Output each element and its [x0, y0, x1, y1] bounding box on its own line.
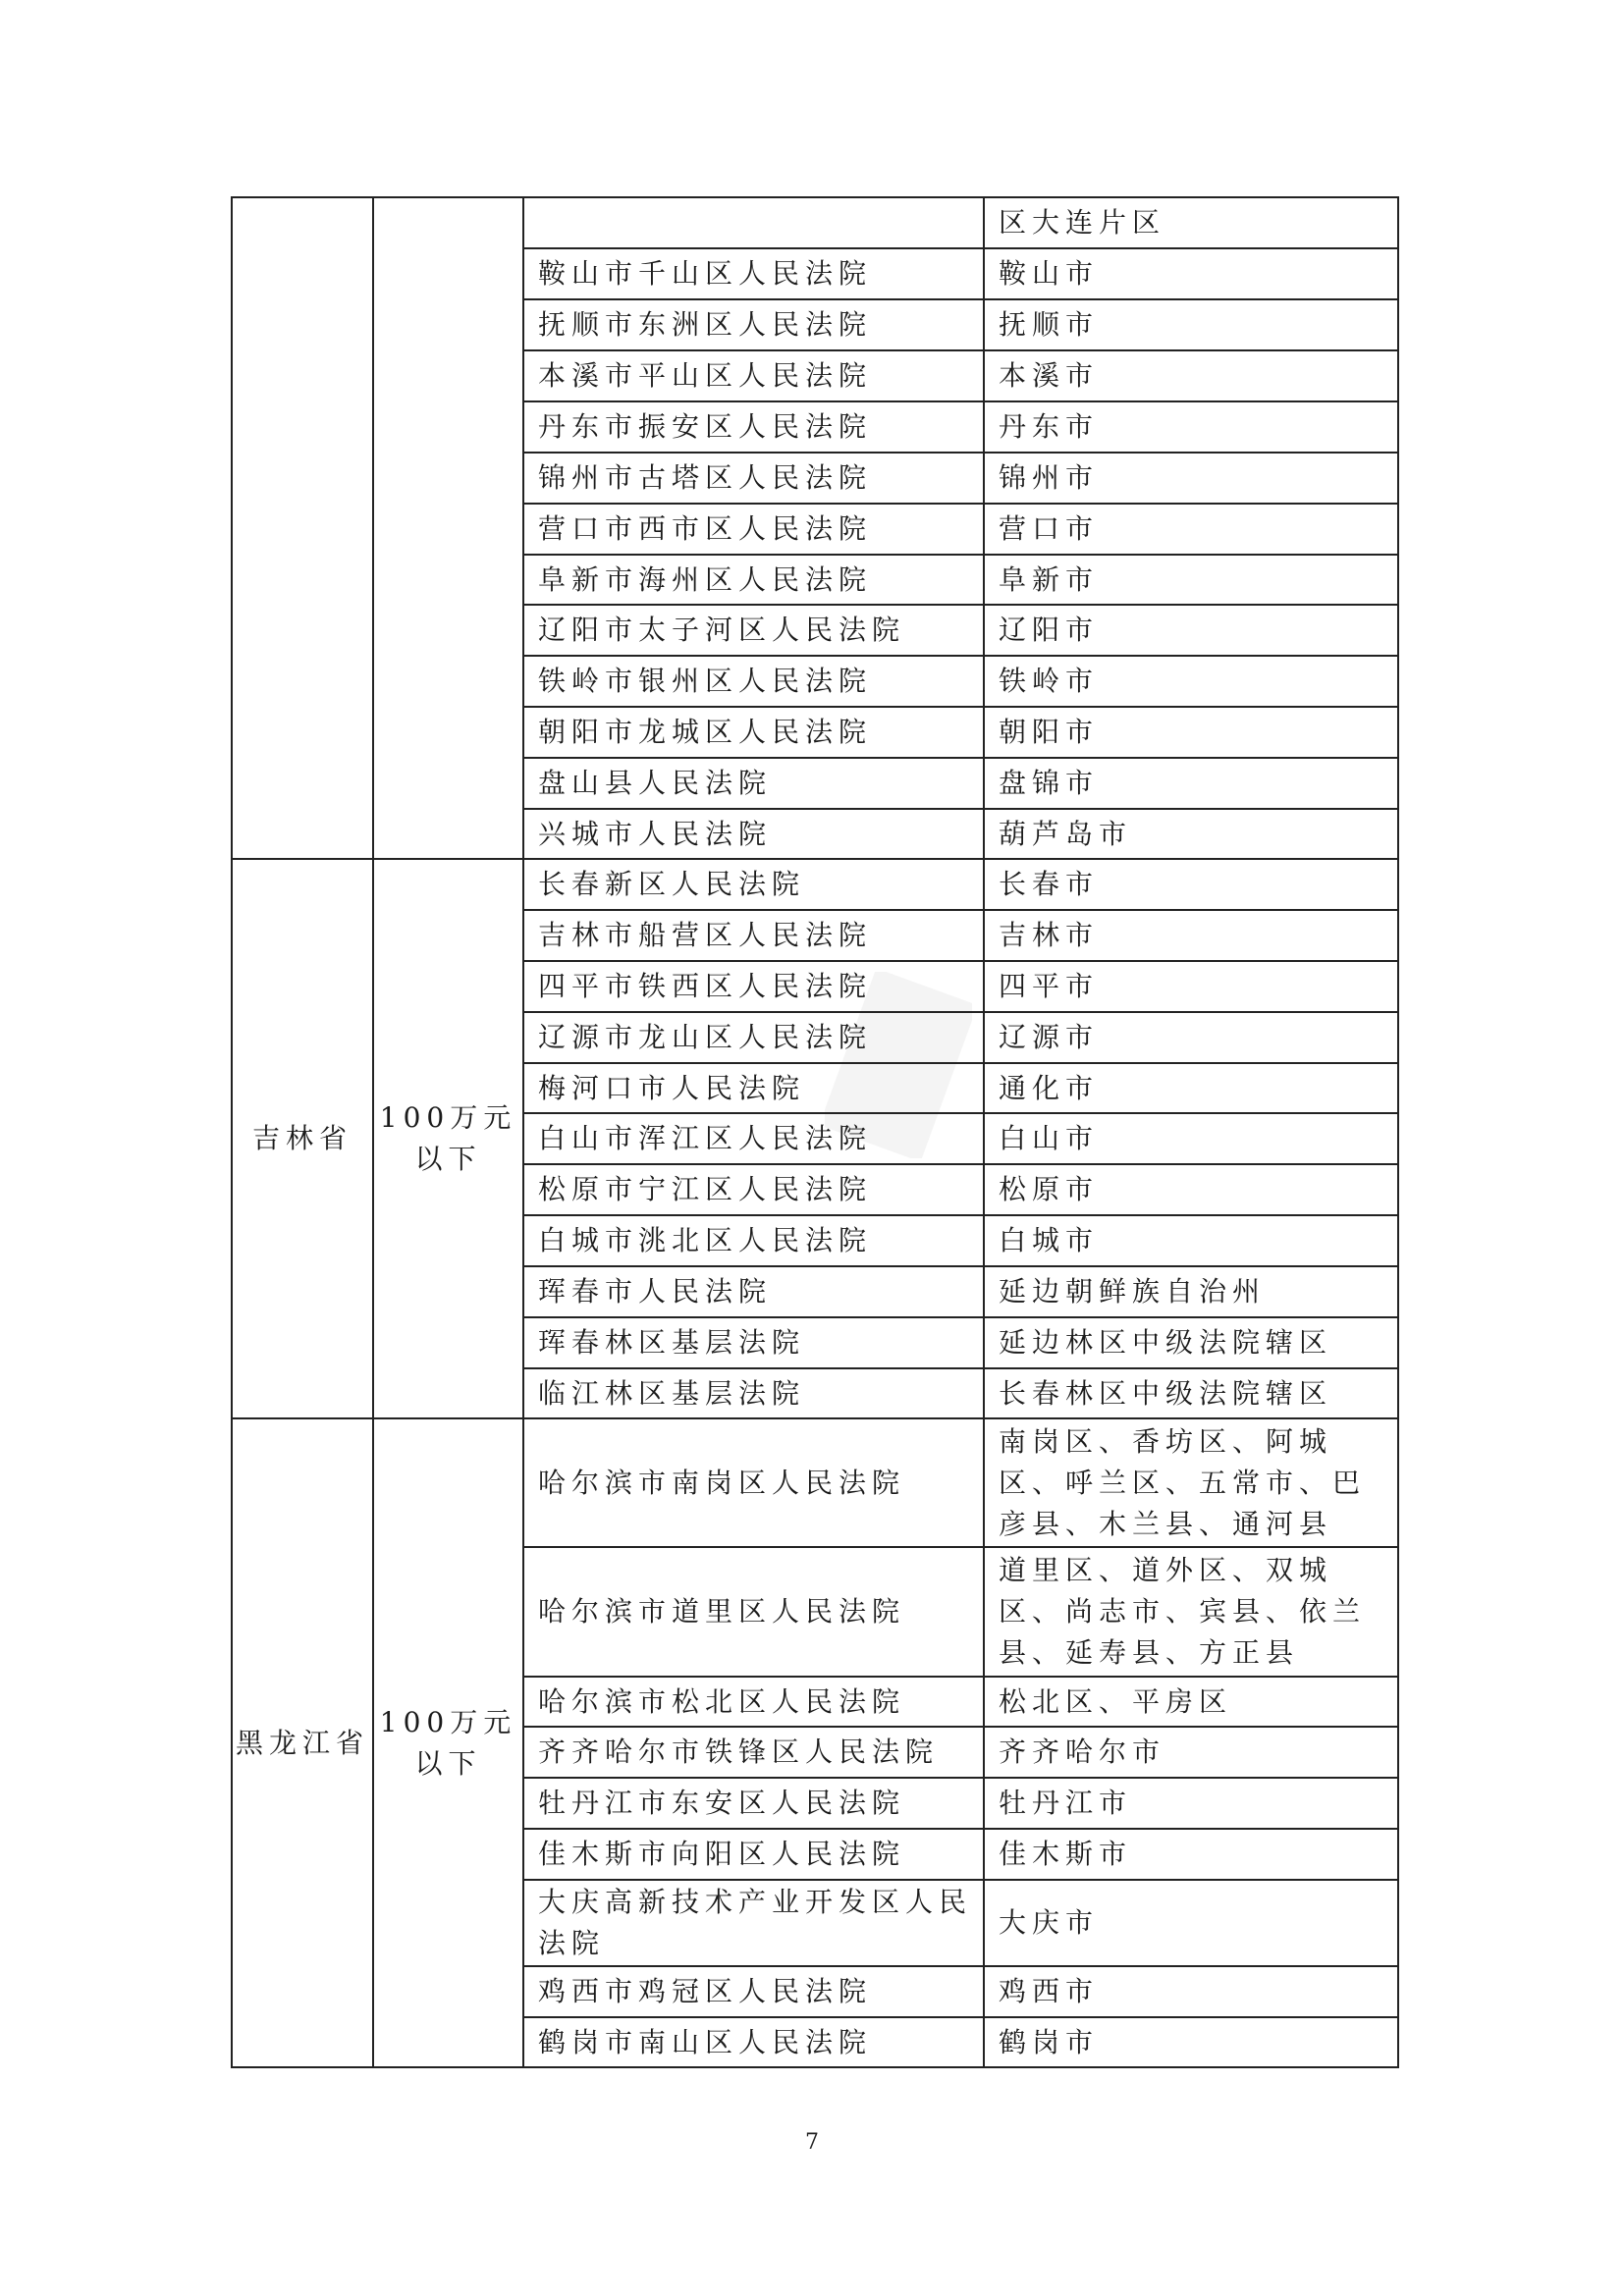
jurisdiction-area-cell: 白山市 — [984, 1113, 1398, 1164]
jurisdiction-area-cell: 通化市 — [984, 1063, 1398, 1113]
jurisdiction-area-cell: 本溪市 — [984, 350, 1398, 401]
jurisdiction-area-cell: 丹东市 — [984, 401, 1398, 453]
court-name-cell: 铁岭市银州区人民法院 — [523, 656, 984, 707]
document-page: 区大连片区鞍山市千山区人民法院鞍山市抚顺市东洲区人民法院抚顺市本溪市平山区人民法… — [0, 0, 1624, 2296]
court-jurisdiction-table: 区大连片区鞍山市千山区人民法院鞍山市抚顺市东洲区人民法院抚顺市本溪市平山区人民法… — [231, 196, 1399, 2068]
jurisdiction-area-cell: 四平市 — [984, 961, 1398, 1012]
amount-threshold-cell: 100万元以下 — [373, 1418, 523, 2067]
court-name-cell: 珲春市人民法院 — [523, 1266, 984, 1317]
court-name-cell: 辽阳市太子河区人民法院 — [523, 605, 984, 656]
jurisdiction-area-cell: 区大连片区 — [984, 197, 1398, 248]
court-name-cell: 松原市宁江区人民法院 — [523, 1164, 984, 1215]
court-name-cell: 丹东市振安区人民法院 — [523, 401, 984, 453]
jurisdiction-area-cell: 辽阳市 — [984, 605, 1398, 656]
jurisdiction-area-cell: 延边林区中级法院辖区 — [984, 1317, 1398, 1368]
court-name-cell: 大庆高新技术产业开发区人民法院 — [523, 1880, 984, 1966]
court-name-cell: 辽源市龙山区人民法院 — [523, 1012, 984, 1063]
jurisdiction-area-cell: 长春市 — [984, 859, 1398, 910]
court-name-cell — [523, 197, 984, 248]
court-name-cell: 哈尔滨市南岗区人民法院 — [523, 1418, 984, 1547]
jurisdiction-area-cell: 葫芦岛市 — [984, 809, 1398, 859]
jurisdiction-area-cell: 松北区、平房区 — [984, 1677, 1398, 1727]
jurisdiction-area-cell: 铁岭市 — [984, 656, 1398, 707]
jurisdiction-area-cell: 阜新市 — [984, 555, 1398, 605]
court-name-cell: 梅河口市人民法院 — [523, 1063, 984, 1113]
jurisdiction-area-cell: 齐齐哈尔市 — [984, 1727, 1398, 1778]
court-name-cell: 锦州市古塔区人民法院 — [523, 453, 984, 504]
court-name-cell: 兴城市人民法院 — [523, 809, 984, 859]
court-name-cell: 盘山县人民法院 — [523, 758, 984, 809]
court-name-cell: 鞍山市千山区人民法院 — [523, 248, 984, 299]
jurisdiction-area-cell: 抚顺市 — [984, 299, 1398, 350]
amount-threshold-cell — [373, 197, 523, 859]
jurisdiction-area-cell: 辽源市 — [984, 1012, 1398, 1063]
jurisdiction-area-cell: 朝阳市 — [984, 707, 1398, 758]
table-row: 区大连片区 — [232, 197, 1398, 248]
table-body: 区大连片区鞍山市千山区人民法院鞍山市抚顺市东洲区人民法院抚顺市本溪市平山区人民法… — [232, 197, 1398, 2067]
province-cell — [232, 197, 373, 859]
province-cell: 吉林省 — [232, 859, 373, 1418]
court-name-cell: 抚顺市东洲区人民法院 — [523, 299, 984, 350]
jurisdiction-area-cell: 营口市 — [984, 504, 1398, 555]
court-name-cell: 四平市铁西区人民法院 — [523, 961, 984, 1012]
jurisdiction-area-cell: 松原市 — [984, 1164, 1398, 1215]
jurisdiction-area-cell: 锦州市 — [984, 453, 1398, 504]
table-row: 吉林省100万元以下长春新区人民法院长春市 — [232, 859, 1398, 910]
court-name-cell: 哈尔滨市道里区人民法院 — [523, 1547, 984, 1677]
jurisdiction-area-cell: 长春林区中级法院辖区 — [984, 1368, 1398, 1418]
court-name-cell: 营口市西市区人民法院 — [523, 504, 984, 555]
jurisdiction-area-cell: 盘锦市 — [984, 758, 1398, 809]
jurisdiction-area-cell: 南岗区、香坊区、阿城区、呼兰区、五常市、巴彦县、木兰县、通河县 — [984, 1418, 1398, 1547]
jurisdiction-area-cell: 白城市 — [984, 1215, 1398, 1266]
court-name-cell: 哈尔滨市松北区人民法院 — [523, 1677, 984, 1727]
jurisdiction-area-cell: 延边朝鲜族自治州 — [984, 1266, 1398, 1317]
jurisdiction-area-cell: 鞍山市 — [984, 248, 1398, 299]
court-name-cell: 珲春林区基层法院 — [523, 1317, 984, 1368]
court-name-cell: 吉林市船营区人民法院 — [523, 910, 984, 961]
court-name-cell: 长春新区人民法院 — [523, 859, 984, 910]
court-name-cell: 临江林区基层法院 — [523, 1368, 984, 1418]
court-name-cell: 白城市洮北区人民法院 — [523, 1215, 984, 1266]
amount-threshold-cell: 100万元以下 — [373, 859, 523, 1418]
jurisdiction-area-cell: 鸡西市 — [984, 1966, 1398, 2017]
court-name-cell: 齐齐哈尔市铁锋区人民法院 — [523, 1727, 984, 1778]
jurisdiction-area-cell: 道里区、道外区、双城区、尚志市、宾县、依兰县、延寿县、方正县 — [984, 1547, 1398, 1677]
jurisdiction-area-cell: 佳木斯市 — [984, 1829, 1398, 1880]
jurisdiction-area-cell: 牡丹江市 — [984, 1778, 1398, 1829]
court-name-cell: 阜新市海州区人民法院 — [523, 555, 984, 605]
jurisdiction-area-cell: 鹤岗市 — [984, 2017, 1398, 2067]
province-cell: 黑龙江省 — [232, 1418, 373, 2067]
court-name-cell: 鹤岗市南山区人民法院 — [523, 2017, 984, 2067]
court-name-cell: 牡丹江市东安区人民法院 — [523, 1778, 984, 1829]
jurisdiction-area-cell: 大庆市 — [984, 1880, 1398, 1966]
court-name-cell: 朝阳市龙城区人民法院 — [523, 707, 984, 758]
page-number: 7 — [0, 2130, 1624, 2155]
court-name-cell: 白山市浑江区人民法院 — [523, 1113, 984, 1164]
court-name-cell: 鸡西市鸡冠区人民法院 — [523, 1966, 984, 2017]
table-row: 黑龙江省100万元以下哈尔滨市南岗区人民法院南岗区、香坊区、阿城区、呼兰区、五常… — [232, 1418, 1398, 1547]
court-name-cell: 本溪市平山区人民法院 — [523, 350, 984, 401]
jurisdiction-area-cell: 吉林市 — [984, 910, 1398, 961]
court-name-cell: 佳木斯市向阳区人民法院 — [523, 1829, 984, 1880]
